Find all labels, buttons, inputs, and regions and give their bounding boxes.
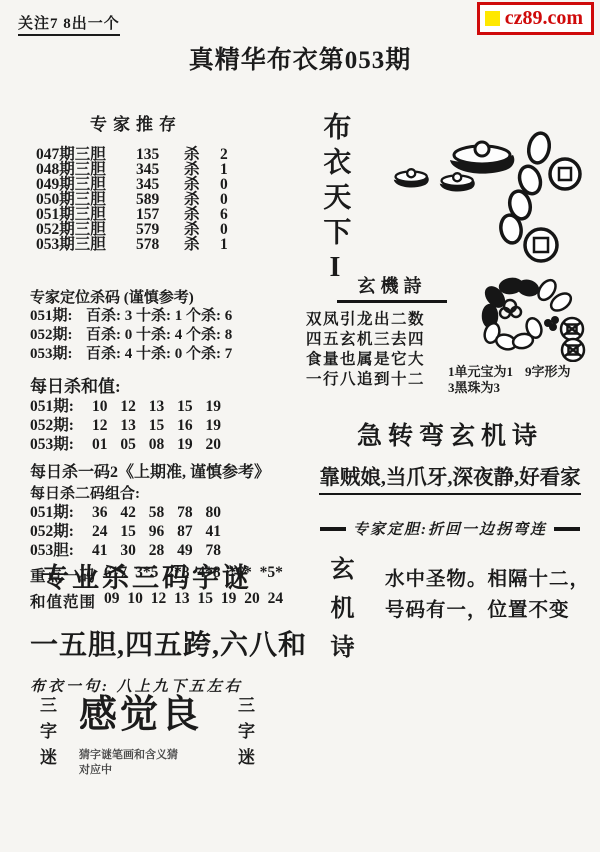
dan-cell: 579 [136,222,184,237]
coin-icon [550,159,580,189]
daily-kill-one-line: 每日杀一码2《上期准, 谨慎参考》 [30,459,315,482]
values-cell: 24 15 96 87 41 [92,522,221,541]
table-row: 051期: 10 12 13 15 19 [30,397,315,416]
kill-value-cell: 2 [220,147,228,162]
table-row: 053期: 百杀: 4 十杀: 0 个杀: 7 [30,345,315,364]
poem-line: 号码有一，位置不变 [385,595,590,626]
sharp-turn-title: 急转弯玄机诗 [300,416,600,452]
coin-icon [525,229,557,261]
dan-cell: 135 [136,147,184,162]
gold-ingot-icon [440,173,475,191]
table-row: 047期三胆 135 杀 2 [36,147,296,162]
kill-value-cell: 1 [220,162,228,177]
kill-label-cell: 杀 [184,207,220,222]
three-char-riddle-section: 三字迷 感觉良 猜字谜笔画和含义猜 对应中 三字迷 [34,696,257,806]
caption-part-b: 9字形为 [525,364,571,380]
kill-label-cell: 杀 [184,147,220,162]
values-cell: 36 42 58 78 80 [92,503,221,522]
table-row: 053期: 01 05 08 19 20 [30,435,315,454]
three-char-center: 感觉良 猜字谜笔画和含义猜 对应中 [79,696,202,806]
expert-recommend-title: 专家推存 [36,110,236,135]
period-cell: 048期三胆 [36,162,136,177]
buyi-sentence: 布衣一句: 八上九下五左右 [30,675,310,696]
kill-value-cell: 0 [220,177,228,192]
xuanji-poem-title: 玄機詩 [337,272,447,303]
kill-value-cell: 1 [220,237,228,252]
period-cell: 052期三胆 [36,222,136,237]
kill-three-line: 一五胆,四五跨,六八和 [30,623,310,663]
buyi-tianxia-title: 布衣天下I [320,112,349,290]
gold-ingot-icon [450,142,514,174]
sharp-turn-line-wrap: 靠贼娘,当爪牙,深夜静,好看家 [300,460,600,495]
kill-label-cell: 杀 [184,162,220,177]
figure-caption: 1单元宝为1 9字形为 3黑珠为3 [448,364,598,396]
kill-value-cell: 6 [220,207,228,222]
site-logo-text: cz89.com [505,7,583,30]
caption-part-c: 3黑珠为3 [448,380,598,396]
three-char-note: 猜字谜笔画和含义猜 对应中 [79,748,202,778]
bead-cluster-icon [544,316,559,331]
follow-note: 关注7 8出一个 [18,12,120,36]
table-row: 053期三胆 578 杀 1 [36,237,296,252]
three-char-note-line2: 对应中 [79,763,202,778]
period-cell: 052期: [30,326,86,345]
banner-dash-icon [320,527,346,531]
kill-value-cell: 0 [220,222,228,237]
banner-dash-icon [554,527,580,531]
poem-line: 四五玄机三去四 [306,330,478,350]
banner-text: 专家定胆:折回一边拐弯连 [353,518,547,539]
three-char-answer: 感觉良 [79,696,202,734]
values-cell: 01 05 08 19 20 [92,435,221,454]
table-row: 052期: 百杀: 0 十杀: 4 个杀: 8 [30,326,315,345]
expert-dan-banner: 专家定胆:折回一边拐弯连 [300,518,600,539]
kill-three-riddle-section: 专业杀三码字谜 一五胆,四五跨,六八和 布衣一句: 八上九下五左右 [30,556,310,696]
kill-label-cell: 杀 [184,222,220,237]
table-row: 050期三胆 589 杀 0 [36,192,296,207]
period-cell: 049期三胆 [36,177,136,192]
ingot-coin-figure [386,126,586,264]
page-title: 真精华布衣第053期 [0,40,600,76]
kill-three-title: 专业杀三码字谜 [42,556,310,595]
sharp-turn-line: 靠贼娘,当爪牙,深夜静,好看家 [319,460,580,495]
table-row: 052期: 12 13 15 16 19 [30,416,315,435]
period-cell: 051期: [30,503,92,522]
dan-cell: 345 [136,162,184,177]
three-char-left-label: 三字迷 [34,696,59,806]
period-cell: 051期: [30,397,92,416]
period-cell: 053期: [30,435,92,454]
kill-label-cell: 杀 [184,192,220,207]
dan-cell: 345 [136,177,184,192]
mystic-poem-section: 玄机诗 水中圣物。相隔十二， 号码有一，位置不变 [322,556,590,701]
table-row: 049期三胆 345 杀 0 [36,177,296,192]
poem-line: 水中圣物。相隔十二， [385,564,590,595]
kill-value-cell: 0 [220,192,228,207]
detail-cell: 百杀: 0 十杀: 4 个杀: 8 [86,326,232,345]
period-cell: 052期: [30,416,92,435]
poem-line: 双凤引龙出二数 [306,310,478,330]
three-char-note-line1: 猜字谜笔画和含义猜 [79,748,202,763]
dan-cell: 589 [136,192,184,207]
period-cell: 052期: [30,522,92,541]
daily-kill-two-title: 每日杀二码组合: [30,482,315,503]
period-cell: 047期三胆 [36,147,136,162]
period-cell: 051期三胆 [36,207,136,222]
detail-cell: 百杀: 3 十杀: 1 个杀: 6 [86,307,232,326]
site-logo: cz89.com [477,2,594,35]
period-cell: 051期: [30,307,86,326]
mystic-poem-label: 玄机诗 [322,556,357,701]
coin-icon [561,318,583,340]
caption-part-a: 1单元宝为1 [448,364,513,380]
dan-cell: 157 [136,207,184,222]
dan-cell: 578 [136,237,184,252]
period-cell: 050期三胆 [36,192,136,207]
detail-cell: 百杀: 4 十杀: 0 个杀: 7 [86,345,232,364]
gold-ingot-icon [394,169,429,187]
period-cell: 053期: [30,345,86,364]
bead-icon [517,279,540,297]
table-row: 052期三胆 579 杀 0 [36,222,296,237]
mystic-poem-text: 水中圣物。相隔十二， 号码有一，位置不变 [385,564,590,701]
table-row: 051期: 百杀: 3 十杀: 1 个杀: 6 [30,307,315,326]
table-row: 048期三胆 345 杀 1 [36,162,296,177]
position-kill-title: 专家定位杀码 (谨慎参考) [30,286,315,307]
buyi-text: 八上九下五左右 [117,679,243,695]
lottery-sheet-page: 关注7 8出一个 cz89.com 真精华布衣第053期 专家推存 047期三胆… [0,0,600,852]
expert-recommend-section: 专家推存 047期三胆 135 杀 2 048期三胆 345 杀 1 049期三… [36,110,296,252]
coin-spiral-figure [468,268,600,362]
three-char-right-label: 三字迷 [232,696,257,806]
kill-label-cell: 杀 [184,177,220,192]
table-row: 051期: 36 42 58 78 80 [30,503,315,522]
period-cell: 053期三胆 [36,237,136,252]
kill-label-cell: 杀 [184,237,220,252]
table-row: 052期: 24 15 96 87 41 [30,522,315,541]
chain-link-icon [526,131,552,165]
values-cell: 10 12 13 15 19 [92,397,221,416]
logo-yellow-square-icon [485,11,500,26]
daily-kill-sum-title: 每日杀和值: [30,372,315,397]
coin-icon [562,339,584,361]
values-cell: 12 13 15 16 19 [92,416,221,435]
buyi-label: 布衣一句: [30,679,110,695]
table-row: 051期三胆 157 杀 6 [36,207,296,222]
